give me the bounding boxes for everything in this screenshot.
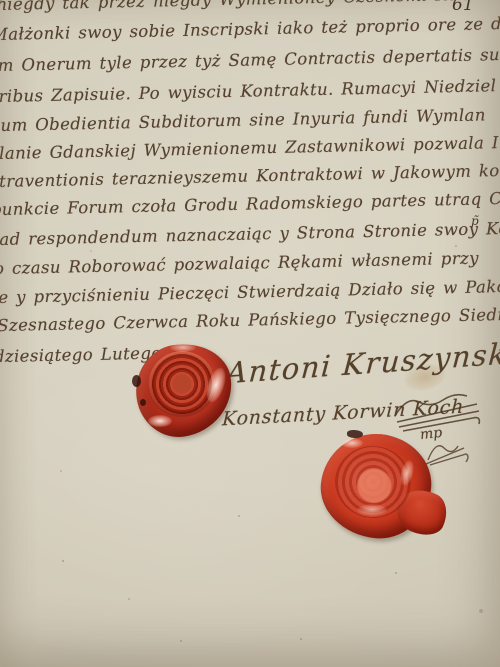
- manuscript-line: cum Obedientia Subditorum sine Inyuria f…: [0, 107, 486, 134]
- manuscript-line: ie y przyciśnieniu Pieczęci Stwierdzaią …: [0, 278, 500, 307]
- abbreviation-mark: p̃: [471, 214, 479, 228]
- wax-seal-lower: [313, 426, 449, 546]
- manuscript-line: niegdy tak przez niegdy Wymienioney Czes…: [0, 0, 479, 14]
- manuscript-line: Szesnastego Czerwca Roku Pańskiego Tysię…: [0, 306, 500, 334]
- page-number: 61: [452, 0, 474, 15]
- handwritten-text-block: niegdy tak przez niegdy Wymienioney Czes…: [0, 0, 500, 667]
- manuscript-line: ntraventionis teraznieyszemu Kontraktowi…: [0, 163, 500, 191]
- manuscript-line: o czasu Roborować pozwalaiąc Rękami włas…: [0, 251, 479, 278]
- manuscript-line: Małżonki swoy sobie Inscripski iako też …: [0, 15, 500, 44]
- manuscript-page: niegdy tak przez niegdy Wymienioney Czes…: [0, 0, 500, 667]
- wax-seal-upper: [132, 341, 236, 441]
- wax-dark-speck: [132, 375, 141, 387]
- manuscript-line: ad respondendum naznaczaiąc y Strona Str…: [0, 220, 500, 249]
- manuscript-line: oribus Zapisuie. Po wyisciu Kontraktu. R…: [0, 78, 497, 106]
- manuscript-line: em Onerum tyle przez tyż Samę Contractis…: [0, 46, 500, 75]
- manuscript-line: punkcie Forum czoła Grodu Radomskiego pa…: [0, 190, 500, 219]
- manuscript-line: clanie Gdanskiej Wymienionemu Zastawniko…: [0, 134, 500, 163]
- wax-dark-speck: [140, 399, 146, 406]
- wax-dark-speck: [347, 430, 363, 438]
